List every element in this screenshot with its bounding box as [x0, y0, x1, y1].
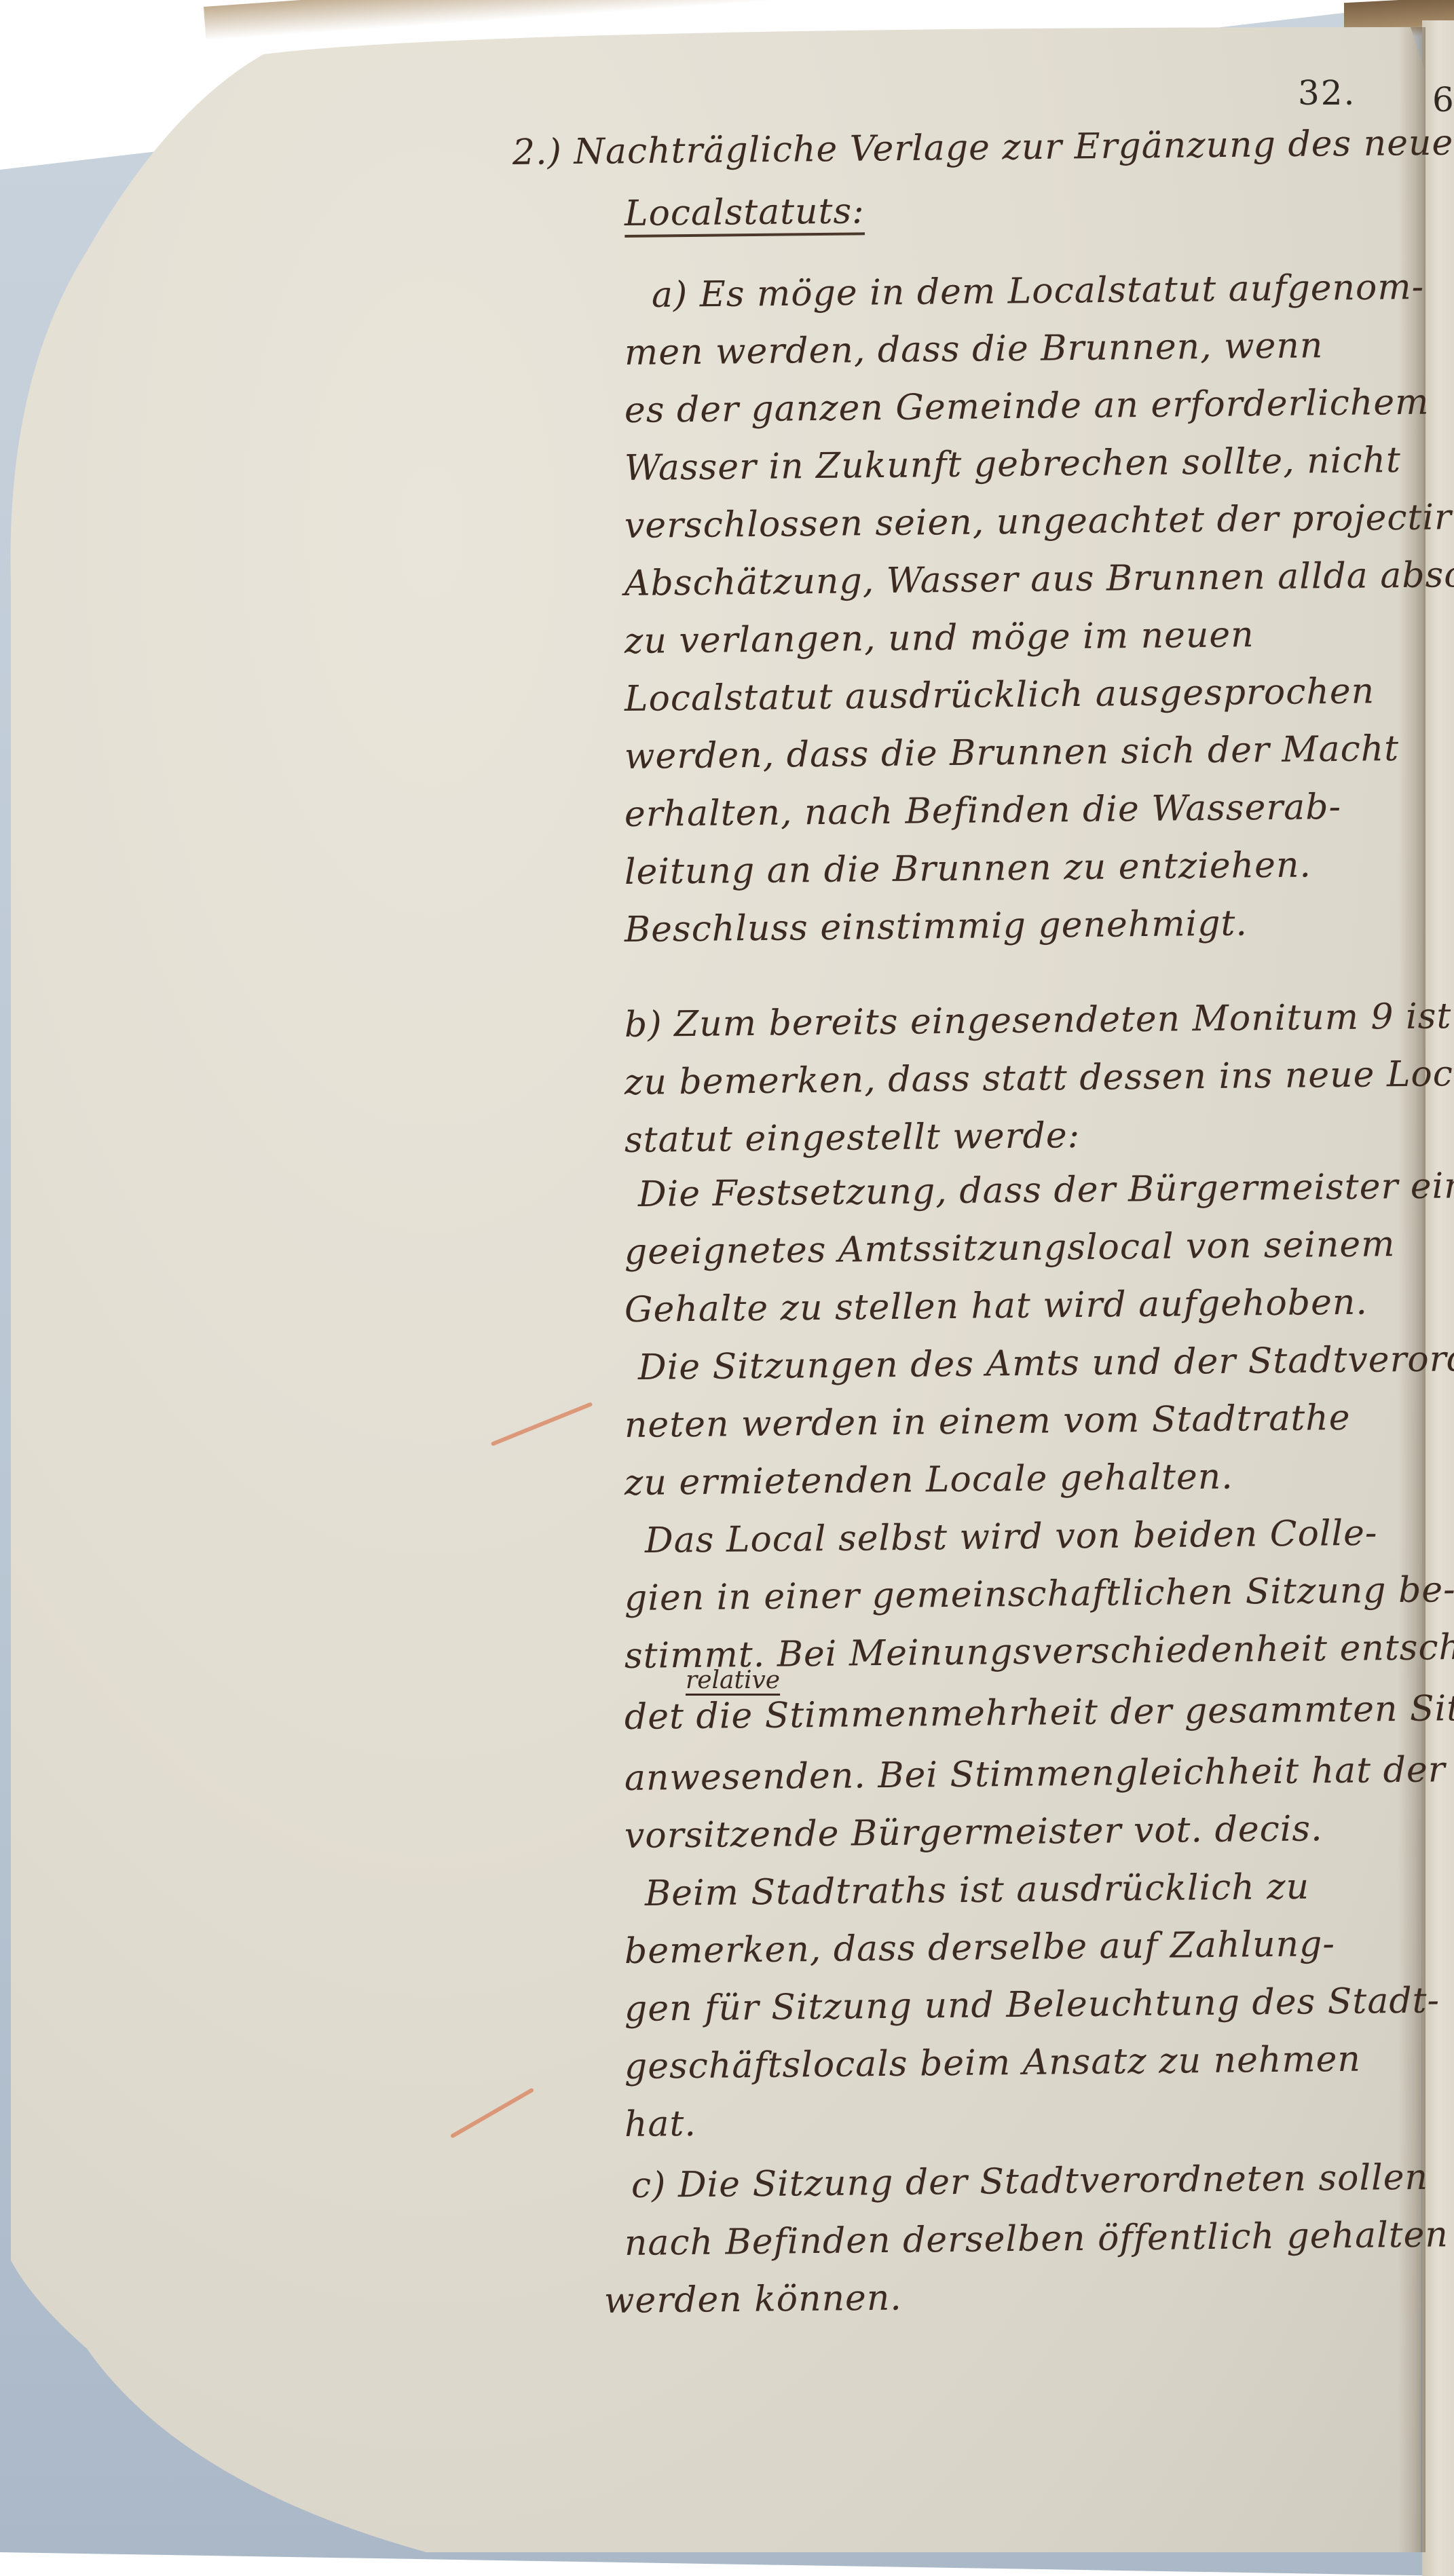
section-marker: 2.): [512, 132, 563, 173]
manuscript-line: hat.: [625, 2104, 697, 2145]
manuscript-line: Abschätzung, Wasser aus Brunnen allda ab…: [625, 553, 1454, 604]
manuscript-line: werden können.: [604, 2277, 902, 2321]
manuscript-line: nach Befinden derselben öffentlich gehal…: [625, 2214, 1449, 2264]
manuscript-line: gien in einer gemeinschaftlichen Sitzung…: [625, 1569, 1454, 1619]
manuscript-line: Die Festsetzung, dass der Bürgermeister …: [638, 1165, 1454, 1215]
manuscript-line: verschlossen seien, ungeachtet der proje…: [625, 496, 1454, 546]
manuscript-line: es der ganzen Gemeinde an erforderlichem: [625, 382, 1430, 431]
manuscript-line: Die Sitzungen des Amts und der Stadtvero…: [638, 1339, 1454, 1388]
manuscript-line: Gehalte zu stellen hat wird aufgehoben.: [625, 1282, 1368, 1330]
interlinear-insertion: relative: [686, 1666, 780, 1694]
section-heading-text: Nachträgliche Verlage zur Ergänzung des …: [574, 122, 1454, 172]
section-heading-text: Localstatuts:: [625, 191, 865, 234]
manuscript-line: bemerken, dass derselbe auf Zahlung-: [625, 1924, 1336, 1972]
handwritten-text-block: 2.) Nachträgliche Verlage zur Ergänzung …: [0, 0, 1454, 2576]
manuscript-line: gen für Sitzung und Beleuchtung des Stad…: [625, 1980, 1440, 2030]
manuscript-line: geeignetes Amtssitzungslocal von seinem: [625, 1224, 1396, 1273]
manuscript-line: leitung an die Brunnen zu entziehen.: [625, 844, 1312, 893]
manuscript-line: a) Es möge in dem Localstatut aufgenom-: [652, 267, 1425, 316]
manuscript-line: b) Zum bereits eingesendeten Monitum 9 i…: [625, 996, 1452, 1045]
manuscript-line: Wasser in Zukunft gebrechen sollte, nich…: [625, 440, 1401, 489]
manuscript-line: neten werden in einem vom Stadtrathe: [625, 1398, 1351, 1446]
manuscript-line: zu verlangen, und möge im neuen: [625, 614, 1254, 662]
manuscript-line: Beim Stadtraths ist ausdrücklich zu: [645, 1867, 1310, 1914]
manuscript-line: werden, dass die Brunnen sich der Macht: [625, 728, 1400, 777]
manuscript-line: zu bemerken, dass statt dessen ins neue …: [625, 1053, 1454, 1103]
manuscript-line: statut eingestellt werde:: [625, 1115, 1081, 1161]
section-heading-line-2: Localstatuts:: [625, 191, 865, 234]
manuscript-line: vorsitzende Bürgermeister vot. decis.: [625, 1808, 1323, 1856]
manuscript-line: Localstatut ausdrücklich ausgesprochen: [625, 671, 1375, 720]
manuscript-line: zu ermietenden Locale gehalten.: [625, 1457, 1233, 1504]
manuscript-line: geschäftslocals beim Ansatz zu nehmen: [625, 2039, 1361, 2087]
manuscript-line: det die Stimmenmehrheit der gesammten Si…: [625, 1687, 1454, 1738]
section-heading-line-1: 2.) Nachträgliche Verlage zur Ergänzung …: [512, 122, 1454, 173]
manuscript-line: Das Local selbst wird von beiden Colle-: [645, 1513, 1378, 1561]
manuscript-line: c) Die Sitzung der Stadtverordneten soll…: [631, 2157, 1429, 2206]
manuscript-line: men werden, dass die Brunnen, wenn: [625, 325, 1324, 373]
manuscript-line: anwesenden. Bei Stimmengleichheit hat de…: [625, 1749, 1446, 1799]
manuscript-line: erhalten, nach Befinden die Wasserab-: [625, 787, 1342, 835]
manuscript-line: Beschluss einstimmig genehmigt.: [625, 903, 1248, 950]
